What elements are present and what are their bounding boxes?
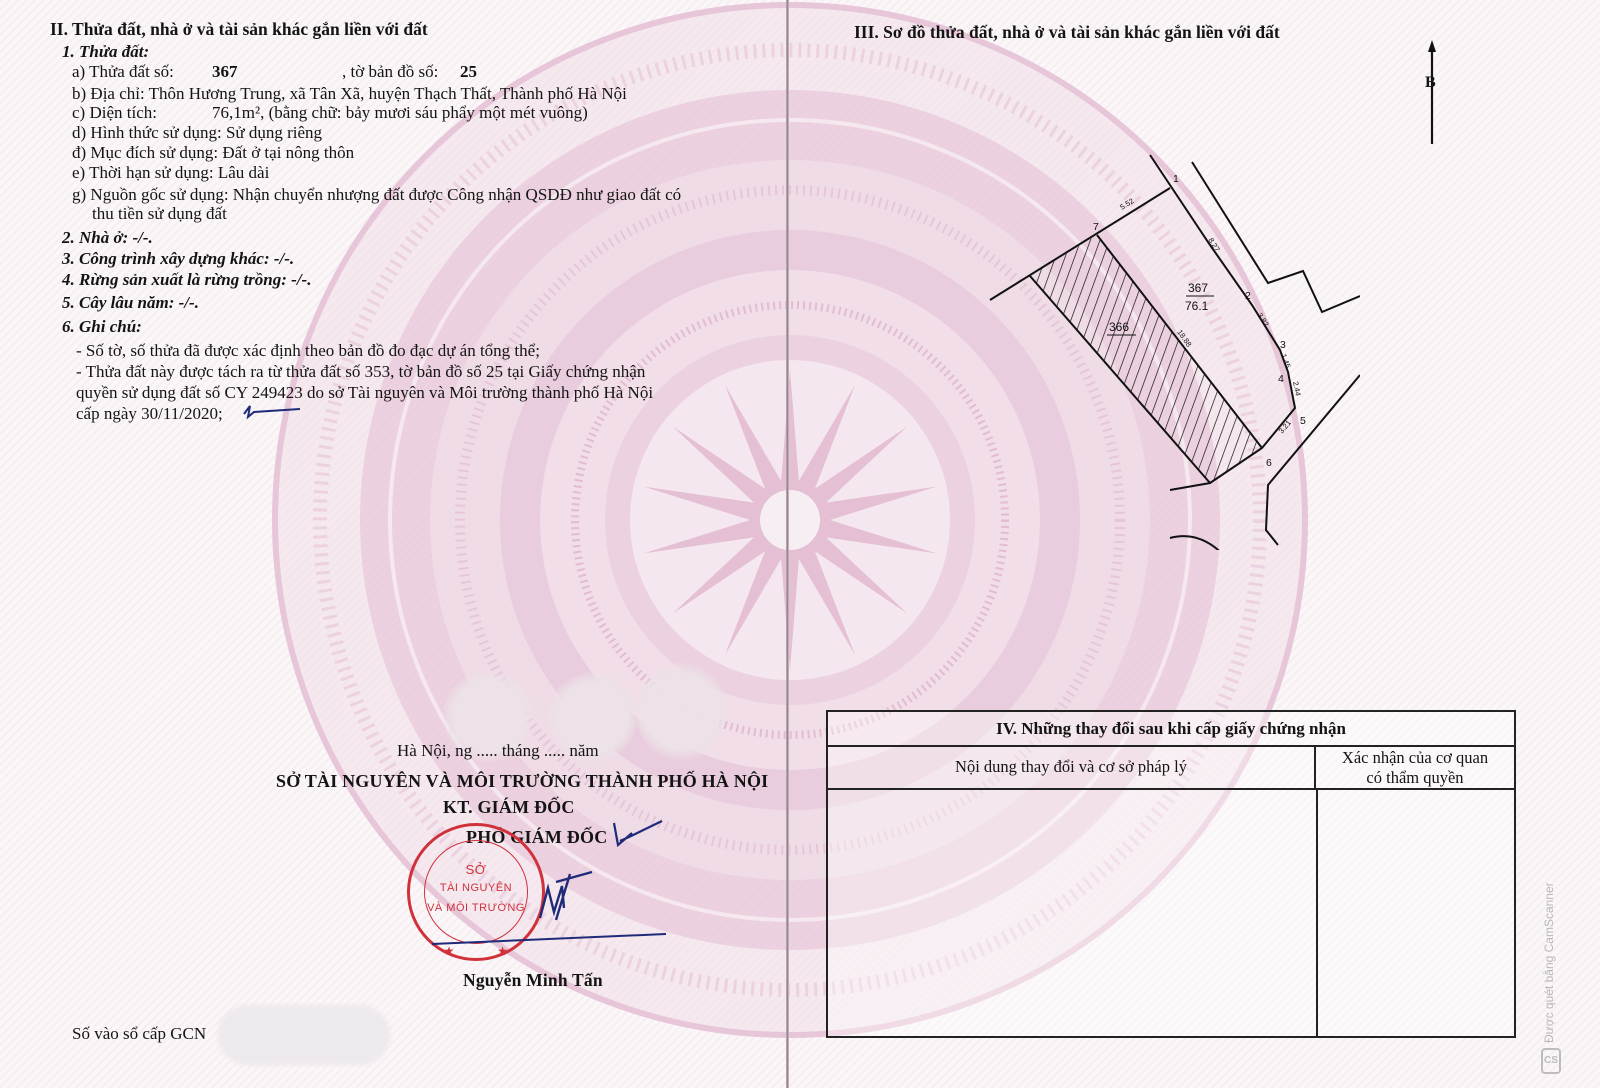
section-3-title: III. Sơ đồ thửa đất, nhà ở và tài sản kh… (854, 22, 1280, 42)
edge-length-label: 5.52 (1118, 196, 1135, 211)
north-label: B (1425, 73, 1436, 93)
changes-table-title: IV. Những thay đổi sau khi cấp giấy chứn… (828, 712, 1514, 747)
parcel-366-number: 366 (1109, 320, 1129, 334)
vertex-label: 5 (1300, 415, 1306, 427)
changes-table: IV. Những thay đổi sau khi cấp giấy chứn… (826, 710, 1516, 1038)
vertex-label: 1 (1173, 173, 1179, 185)
perennial-trees-line: 5. Cây lâu năm: -/-. (62, 293, 199, 313)
registry-number-label: Số vào sổ cấp GCN (72, 1024, 206, 1044)
vertex-label: 2 (1245, 290, 1251, 302)
map-sheet-label: , tờ bản đồ số: (342, 62, 438, 82)
page-fold (786, 0, 789, 1088)
parcel-367-number: 367 (1188, 281, 1208, 295)
changes-col-content-header: Nội dung thay đổi và cơ sở pháp lý (828, 745, 1316, 790)
note-line: - Số tờ, số thửa đã được xác định theo b… (76, 341, 540, 361)
watermark-text: Được quét bằng CamScanner (1542, 848, 1560, 1043)
vertex-label: 6 (1266, 457, 1272, 469)
column-divider (1316, 790, 1318, 1036)
edge-length-label: 3.82 (1255, 311, 1271, 328)
note-line: - Thửa đất này được tách ra từ thửa đất … (76, 362, 645, 382)
parcel-367-area: 76.1 (1185, 299, 1209, 313)
edge-length-label: 1.45 (1279, 353, 1292, 370)
redaction-blur (218, 1005, 390, 1065)
edge-length-label: 3.21 (1277, 418, 1293, 435)
notes-title: 6. Ghi chú: (62, 317, 142, 337)
usage-purpose-line: đ) Mục đích sử dụng: Đất ở tại nông thôn (72, 143, 354, 163)
other-construction-line: 3. Công trình xây dựng khác: -/-. (62, 249, 294, 269)
header-line: có thẩm quyền (1316, 768, 1514, 788)
usage-term-line: e) Thời hạn sử dụng: Lâu dài (72, 163, 269, 183)
initial-mark (240, 400, 310, 422)
production-forest-line: 4. Rừng sản xuất là rừng trồng: -/-. (62, 270, 311, 290)
issue-date-line: Hà Nội, ng ..... tháng ..... năm (397, 741, 599, 761)
handwritten-signature (430, 860, 670, 950)
address-line: b) Địa chỉ: Thôn Hương Trung, xã Tân Xã,… (72, 84, 627, 104)
vertex-label: 7 (1093, 221, 1099, 233)
issuing-agency: SỞ TÀI NGUYÊN VÀ MÔI TRƯỜNG THÀNH PHỐ HÀ… (276, 771, 768, 791)
signer-name: Nguyễn Minh Tấn (463, 970, 603, 990)
land-subsection-title: 1. Thửa đất: (62, 42, 149, 62)
header-line: Xác nhận của cơ quan (1316, 748, 1514, 768)
usage-origin-line-2: thu tiền sử dụng đất (92, 204, 227, 224)
redaction-blur (636, 662, 726, 762)
house-line: 2. Nhà ở: -/-. (62, 228, 153, 248)
initial-signature (600, 815, 670, 855)
camscanner-watermark: Được quét bằng CamScanner CS (1540, 848, 1562, 1083)
note-line: cấp ngày 30/11/2020; (76, 404, 223, 424)
parcel-number-label: a) Thửa đất số: (72, 62, 174, 82)
vertex-label: 4 (1278, 373, 1284, 385)
parcel-map: 1 2 3 4 5 6 7 5.52 8.27 3.82 1.45 2.44 3… (960, 150, 1360, 550)
changes-col-confirmation-header: Xác nhận của cơ quan có thẩm quyền (1316, 745, 1514, 790)
north-arrow-icon (1420, 38, 1444, 148)
camscanner-logo-icon: CS (1541, 1048, 1561, 1074)
section-2-title: II. Thửa đất, nhà ở và tài sản khác gắn … (50, 19, 428, 39)
note-line: quyền sử dụng đất số CY 249423 do sở Tài… (76, 383, 653, 403)
on-behalf-title: KT. GIÁM ĐỐC (443, 797, 575, 817)
usage-origin-line-1: g) Nguồn gốc sử dụng: Nhận chuyển nhượng… (72, 185, 681, 205)
area-label: c) Diện tích: (72, 103, 157, 123)
usage-form-line: d) Hình thức sử dụng: Sử dụng riêng (72, 123, 322, 143)
parcel-number-value: 367 (212, 62, 238, 82)
vertex-label: 3 (1280, 339, 1286, 351)
area-value: 76,1m², (bằng chữ: bảy mươi sáu phẩy một… (212, 103, 588, 123)
map-sheet-value: 25 (460, 62, 477, 82)
